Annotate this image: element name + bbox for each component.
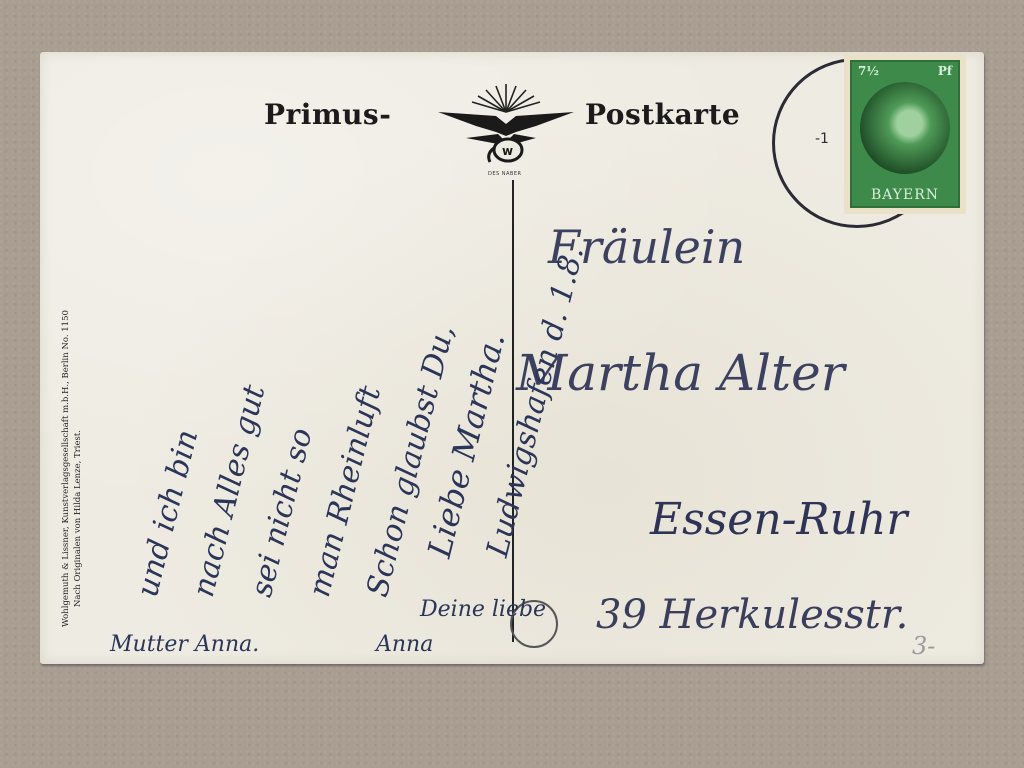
message-closing: Deine liebe xyxy=(420,597,546,622)
title-postkarte: Postkarte xyxy=(585,98,740,131)
stamp-face: 7½ Pf BAYERN xyxy=(850,60,960,208)
title-primus: Primus- xyxy=(264,98,391,131)
stamp-unit: Pf xyxy=(938,64,952,78)
portrait-icon xyxy=(860,82,950,174)
imprint-line-2: Nach Originalen von Hilda Lenze, Triest. xyxy=(72,67,84,627)
imprint-line-1: Wohlgemuth & Lissner, Kunstverlagsgesell… xyxy=(60,67,72,627)
eagle-sunburst-logo-icon: w xyxy=(436,82,576,172)
address-city: Essen-Ruhr xyxy=(650,494,907,545)
logo-caption: DES NABER xyxy=(488,171,522,177)
address-street: 39 Herkulesstr. xyxy=(596,592,908,638)
message-signature: Anna xyxy=(376,632,433,657)
address-divider-line xyxy=(512,180,514,642)
stamp-value: 7½ xyxy=(858,64,879,78)
stamp-country: BAYERN xyxy=(852,187,958,203)
publisher-imprint: Wohlgemuth & Lissner, Kunstverlagsgesell… xyxy=(60,67,84,627)
pencil-note: 3- xyxy=(912,632,935,660)
message-signature-line: Mutter Anna. xyxy=(110,632,259,657)
postcard: Primus- w DES NABER Postkarte Wohlgemu xyxy=(40,52,984,664)
postage-stamp: 7½ Pf BAYERN xyxy=(844,54,966,214)
postmark-date: -1 xyxy=(815,131,829,147)
svg-text:w: w xyxy=(502,144,513,158)
